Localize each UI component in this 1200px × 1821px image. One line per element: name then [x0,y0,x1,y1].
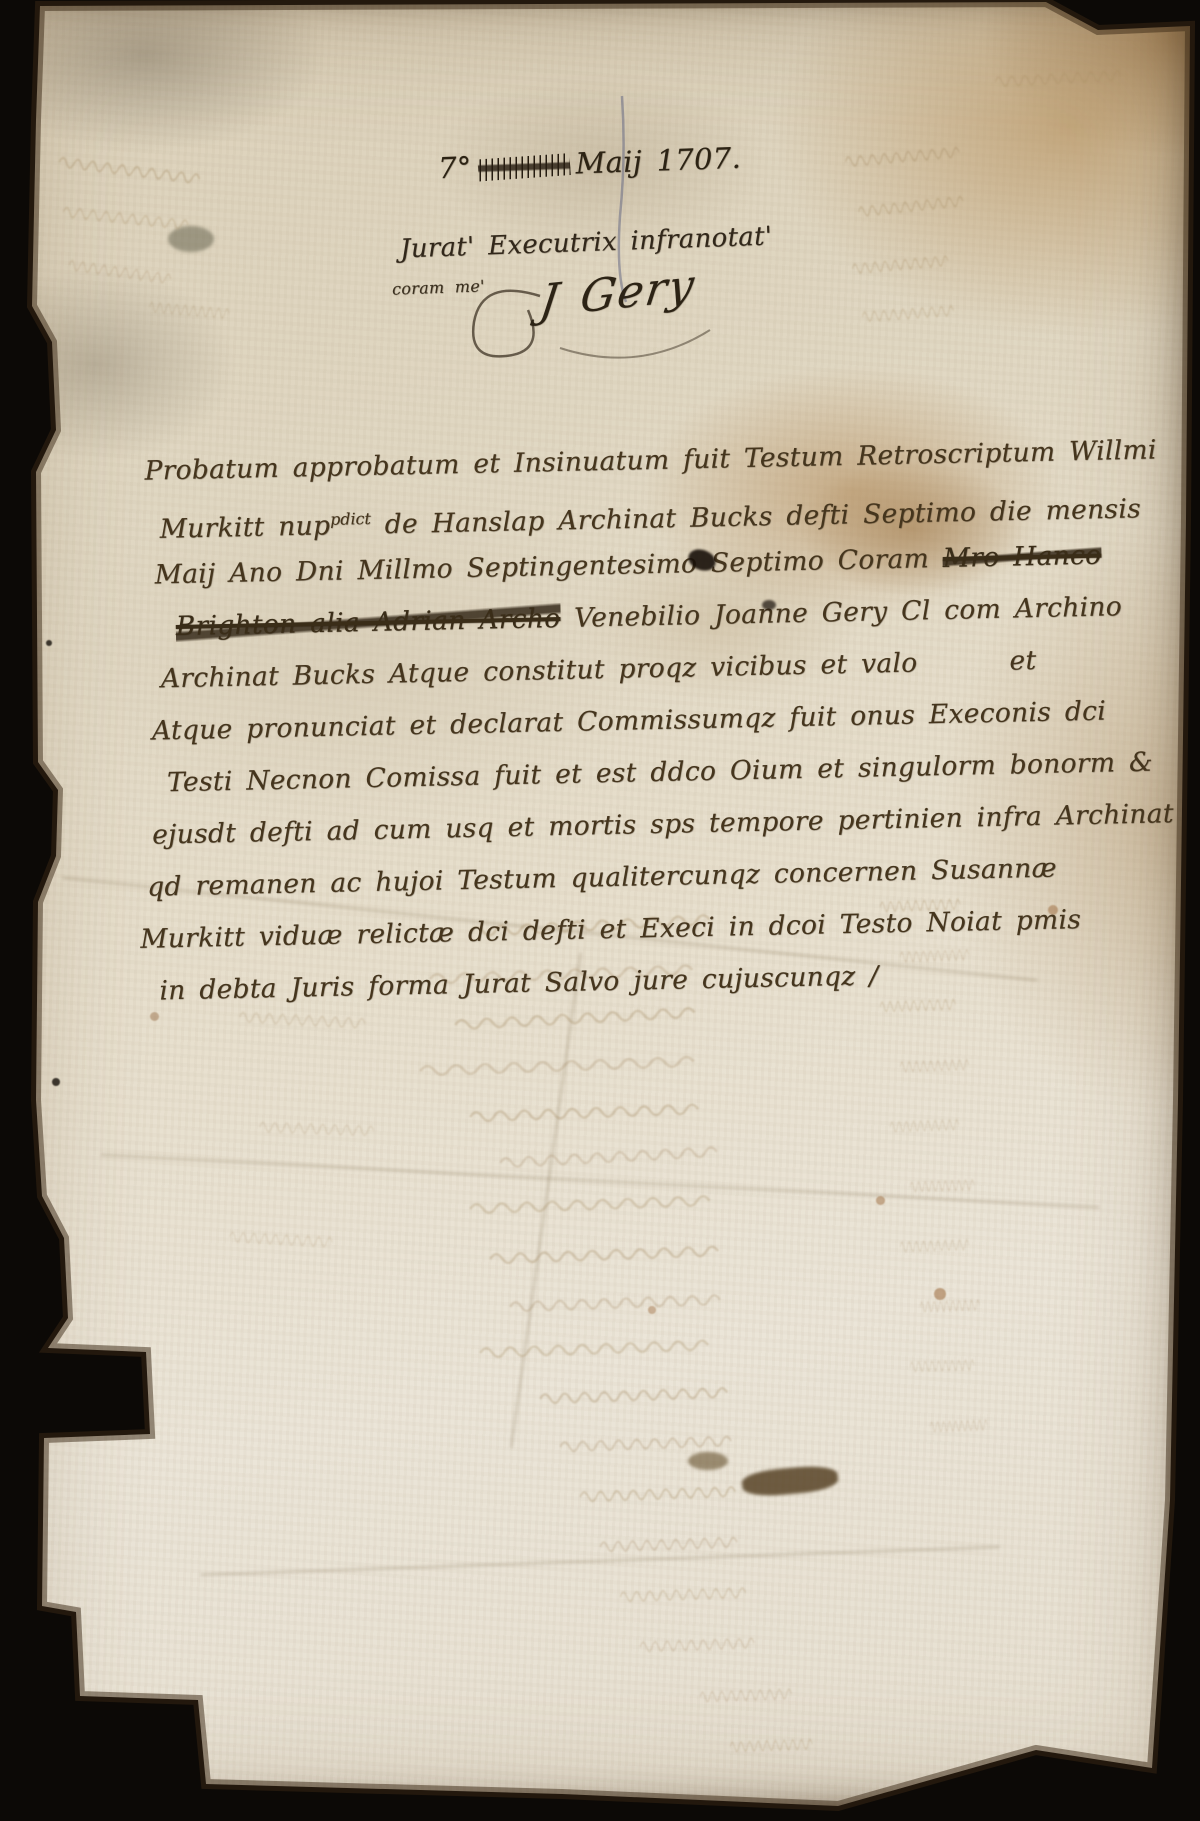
ghost-line [68,260,171,283]
strikethrough-text: Brighton alia Adrian Archo [175,603,560,642]
ghost-line [920,1300,980,1311]
probate-paragraph: Probatum approbatum et Insinuatum fuit T… [128,427,1060,1018]
ink-blot [762,600,776,610]
ghost-line [862,306,954,321]
ghost-line [700,1689,791,1701]
date-month-year: Maij 1707. [575,141,742,181]
pen-flourish [473,291,540,357]
superscript-insertion: pdict [330,509,371,529]
ghost-line [455,1008,695,1030]
ghost-line [580,1487,735,1501]
ghost-line [490,1247,718,1264]
ghost-line [930,1421,987,1432]
ghost-line [995,71,1121,87]
ghost-line [500,1147,717,1167]
ghost-line [470,1196,710,1213]
ghost-line [910,1360,974,1371]
ghost-line [480,1341,708,1358]
ghost-line [470,1105,698,1122]
ghost-line [900,1060,969,1071]
faded-ink-gap [918,670,1010,672]
ghost-line [540,1388,727,1404]
date-day: 7° [437,150,472,185]
ghost-line [890,1120,959,1131]
ghost-line [852,256,948,273]
strikethrough-text: Mro Hanco [942,540,1101,574]
ghost-line [420,1057,694,1076]
ghost-line [600,1538,737,1552]
ghost-line [260,1122,374,1135]
scribbled-out-word [477,153,570,181]
ghost-line [730,1740,812,1752]
signature-flourish [560,330,710,358]
ghost-line [910,1180,974,1191]
ghost-line [560,1437,731,1452]
ghost-line [620,1588,746,1601]
ghost-line [858,197,963,217]
ghost-line [63,207,189,229]
ghost-line [845,148,959,167]
ghost-line [510,1295,720,1311]
ghost-line [640,1639,754,1652]
ghost-line [229,1232,332,1246]
ghost-line [900,1240,969,1251]
coram-line: coram me' [392,276,485,298]
ghost-line [149,302,229,318]
scanned-manuscript-page: 7°Maij 1707. Jurat' Executrix infranotat… [0,0,1200,1821]
ghost-line [59,157,200,183]
